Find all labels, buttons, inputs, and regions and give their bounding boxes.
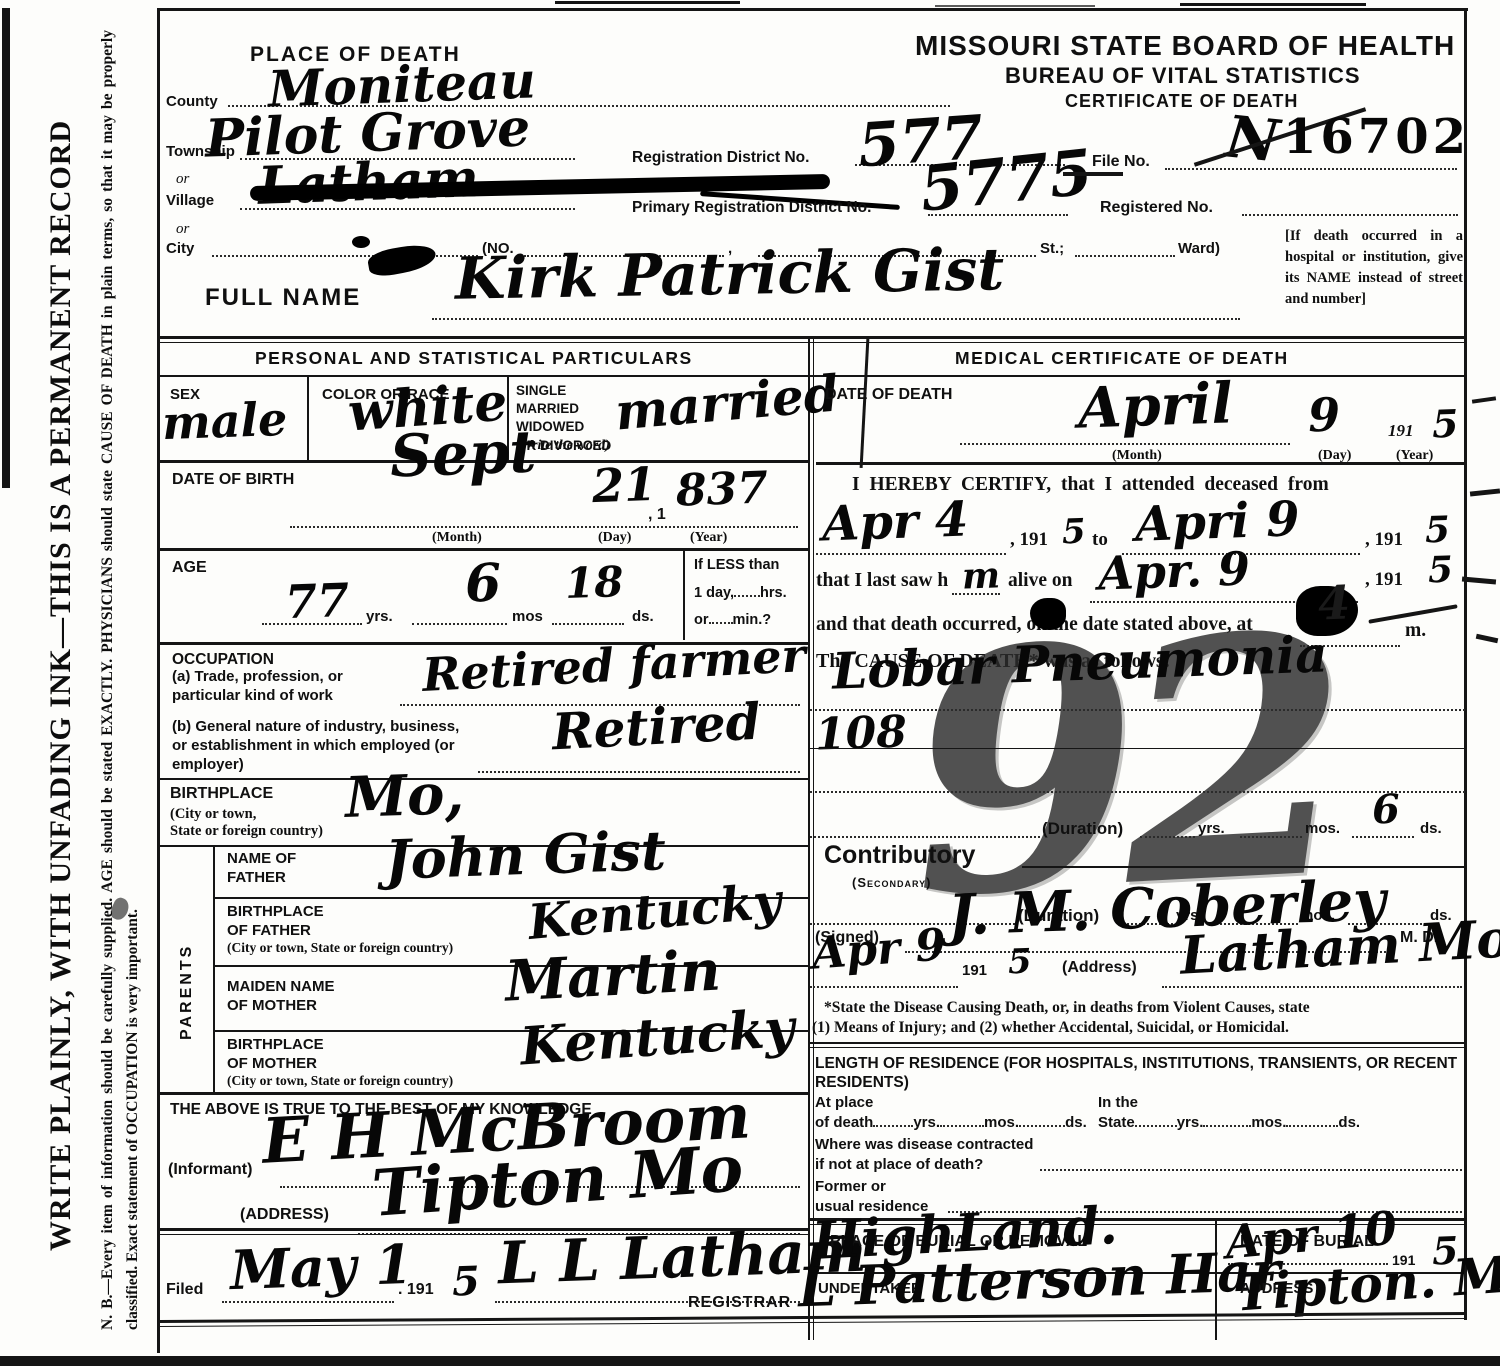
informant-label: (Informant) xyxy=(168,1160,252,1180)
from-year-value: 5 xyxy=(1061,515,1086,550)
rule-under-occupation xyxy=(157,778,809,780)
mother-bp-value: Kentucky xyxy=(519,1002,797,1073)
parents-inner-divider xyxy=(213,845,215,1093)
mother-name-value: Martin xyxy=(504,942,722,1009)
village-label: Village xyxy=(166,192,214,211)
dod-day: 9 xyxy=(1307,391,1341,438)
filed-year-value: 5 xyxy=(451,1262,480,1303)
birthplace-sub1: (City or town, xyxy=(170,806,256,823)
duration1-line xyxy=(810,835,1040,838)
filed-year-printed: . 191 xyxy=(398,1280,434,1300)
filed-label: Filed xyxy=(166,1280,203,1300)
duration1-days-value: 6 xyxy=(1371,790,1400,831)
rule-under-footnote-2 xyxy=(810,1047,1466,1048)
board-title-line1: MISSOURI STATE BOARD OF HEALTH xyxy=(915,28,1455,63)
age-months: 6 xyxy=(464,557,502,610)
address-label: (Address) xyxy=(1062,958,1137,978)
contracted-answer-line xyxy=(1040,1168,1462,1171)
stray-dash-1 xyxy=(1472,396,1496,403)
scan-bottom-bar xyxy=(0,1356,1500,1366)
dob-year-caption: (Year) xyxy=(690,530,727,546)
age-days: 18 xyxy=(564,561,624,605)
cause-line-2 xyxy=(810,748,1466,749)
ap-yrs: yrs. xyxy=(913,1114,940,1131)
sex-race-divider xyxy=(307,377,309,460)
form-border-right xyxy=(1464,8,1467,1320)
ward-line xyxy=(1075,254,1175,257)
dob-line xyxy=(290,525,798,528)
death-certificate-scan: WRITE PLAINLY, WITH UNFADING INK—THIS IS… xyxy=(0,0,1500,1366)
city-label: City xyxy=(166,240,194,259)
from-191: 191 xyxy=(1020,529,1049,550)
duration1-mos-line xyxy=(1240,835,1302,838)
at-place-row: of deathyrs.mos.ds. xyxy=(815,1113,1087,1133)
undertaker-signature: L Patterson Har xyxy=(797,1244,1281,1315)
signed-address-value: Latham Mo xyxy=(1179,913,1500,982)
board-title-line2: BUREAU OF VITAL STATISTICS xyxy=(1005,62,1361,90)
saw-191: 191 xyxy=(1375,569,1404,590)
ap-ds-leader xyxy=(1019,1113,1065,1127)
parents-label: PARENTS xyxy=(178,900,196,1040)
st-ds: ds. xyxy=(1338,1114,1360,1131)
father-bp-label: BIRTHPLACE OF FATHER xyxy=(227,903,324,941)
in-state-label2: State xyxy=(1098,1114,1135,1131)
residence-title: LENGTH OF RESIDENCE (For Hospitals, Inst… xyxy=(815,1054,1463,1093)
section-top-rule xyxy=(157,336,1467,339)
former-line1: Former or xyxy=(815,1178,886,1197)
duration1-ds-line xyxy=(1352,835,1414,838)
file-no-value: 16702 xyxy=(1283,113,1470,161)
ward-label: Ward) xyxy=(1178,240,1220,259)
scan-edge-bar xyxy=(2,8,10,488)
ap-mos: mos. xyxy=(984,1114,1019,1131)
marital-value: married xyxy=(613,368,840,437)
contracted-line1: Where was disease contracted xyxy=(815,1136,1033,1155)
age-years: 77 xyxy=(284,577,350,625)
dob-day: 21 xyxy=(591,461,657,509)
age-less-2a: 1 day, xyxy=(694,585,734,601)
age-less-line2: 1 day,hrs. xyxy=(694,583,787,602)
father-bp-value: Kentucky xyxy=(526,877,783,947)
contracted-line2: if not at place of death? xyxy=(815,1156,983,1175)
occupation-label: OCCUPATION xyxy=(172,650,274,669)
ap-mos-leader xyxy=(940,1113,984,1127)
stray-dash-4 xyxy=(1476,634,1499,643)
stray-top-line-3 xyxy=(1180,3,1366,6)
age-ds-label: ds. xyxy=(632,608,654,627)
rule-under-footnote xyxy=(810,1042,1466,1044)
age-label: AGE xyxy=(172,558,207,578)
duration1-mos: mos. xyxy=(1305,820,1340,839)
occupation-b-value: Retired xyxy=(551,697,762,758)
file-no-line xyxy=(1165,167,1457,170)
at-place-label2: of death xyxy=(815,1114,873,1131)
age-mos-label: mos xyxy=(512,608,543,627)
primary-reg-label: Primary Registration District No. xyxy=(632,198,871,217)
rule-under-dod xyxy=(816,462,1466,465)
or-1: or xyxy=(176,170,189,189)
or-2: or xyxy=(176,220,189,239)
at-place-label1: At place xyxy=(815,1094,873,1113)
mother-bp-label: BIRTHPLACE OF MOTHER xyxy=(227,1036,324,1074)
center-divider xyxy=(808,336,810,1340)
stray-top-line-1 xyxy=(555,1,740,4)
cause-line-1 xyxy=(810,708,1465,711)
dod-month: April xyxy=(1077,375,1234,436)
footnote-line2: (1) Means of Injury; and (2) whether Acc… xyxy=(812,1018,1289,1038)
dob-month: Sept xyxy=(389,422,537,485)
duration1-yrs: yrs. xyxy=(1198,820,1225,839)
margin-warning-text: WRITE PLAINLY, WITH UNFADING INK—THIS IS… xyxy=(44,25,78,1345)
primary-reg-value: 5775 xyxy=(917,141,1095,221)
medical-section-title: MEDICAL CERTIFICATE OF DEATH xyxy=(955,348,1289,370)
st-mos: mos. xyxy=(1251,1114,1286,1131)
dob-day-caption: (Day) xyxy=(598,530,631,546)
age-less-line3: ormin.? xyxy=(694,610,771,629)
full-name-label: FULL NAME xyxy=(205,283,361,313)
margin-nb-note: N. B.—Every item of information should b… xyxy=(96,30,148,1330)
stray-top-line-2 xyxy=(935,5,1095,7)
father-name-value: John Gist xyxy=(384,823,667,887)
attended-to-value: Apri 9 xyxy=(1134,495,1300,549)
signed-date-line xyxy=(810,985,958,988)
age-less-3a: or xyxy=(694,612,709,628)
birthplace-sub2: State or foreign country) xyxy=(170,823,323,840)
dod-line xyxy=(960,442,1290,445)
birthplace-value: Mo, xyxy=(344,766,465,826)
section-top-rule-2 xyxy=(157,342,1467,343)
duration1-label: (Duration) xyxy=(1042,818,1123,839)
form-border-top xyxy=(157,8,1468,11)
to-year-printed: , 191 xyxy=(1365,528,1403,553)
full-name-value: Kirk Patrick Gist xyxy=(455,240,1005,308)
birthplace-label: BIRTHPLACE xyxy=(170,784,273,804)
filed-date-value: May 1 xyxy=(229,1237,413,1297)
center-divider-2 xyxy=(813,336,814,1340)
hospital-note: [If death occurred in a hospital or inst… xyxy=(1285,226,1463,310)
ap-ds: ds. xyxy=(1065,1114,1087,1131)
form-border-left xyxy=(157,8,160,1353)
file-no-label: File No. xyxy=(1092,152,1150,172)
dob-year: 837 xyxy=(675,466,768,513)
ap-yrs-leader xyxy=(873,1113,913,1127)
st-ds-leader xyxy=(1286,1113,1338,1127)
mother-bp-sub: (City or town, State or foreign country) xyxy=(227,1073,453,1089)
registered-no-line xyxy=(1242,213,1458,216)
age-mos-line xyxy=(412,622,507,625)
contributory-label: Contributory xyxy=(824,840,975,871)
father-name-label: NAME OF FATHER xyxy=(227,850,296,888)
age-subbox-divider xyxy=(683,550,685,640)
primary-reg-dash xyxy=(1063,172,1123,176)
sex-value: male xyxy=(161,396,288,446)
st-yrs: yrs. xyxy=(1177,1114,1204,1131)
duration1-ds: ds. xyxy=(1420,820,1442,839)
dob-year-printed: , 1 xyxy=(648,505,666,525)
from-year-printed: , 191 xyxy=(1010,528,1048,553)
ink-blot-fullname xyxy=(366,241,437,278)
occupation-b-line xyxy=(478,770,800,773)
city-line xyxy=(212,254,478,257)
st-label: St.; xyxy=(1040,240,1064,259)
reg-district-label: Registration District No. xyxy=(632,148,809,167)
age-less-3b: min.? xyxy=(733,612,772,628)
dod-year: 5 xyxy=(1431,405,1459,444)
age-hrs-leader xyxy=(734,583,760,597)
registrar-label: REGISTRAR xyxy=(688,1293,791,1313)
to-191: 191 xyxy=(1375,529,1404,550)
age-less-line1: If LESS than xyxy=(694,556,779,574)
father-bp-sub: (City or town, State or foreign country) xyxy=(227,940,453,956)
signed-year-printed: 191 xyxy=(962,962,987,981)
age-less-2b: hrs. xyxy=(760,585,787,601)
ink-blot-fullname-2 xyxy=(352,236,370,248)
st-mos-leader xyxy=(1203,1113,1251,1127)
dob-label: DATE OF BIRTH xyxy=(172,470,294,490)
dob-month-caption: (Month) xyxy=(432,530,482,546)
to-year-value: 5 xyxy=(1424,512,1450,549)
cause-code: 108 xyxy=(814,710,907,757)
secondary-label: (Secondary) xyxy=(852,875,932,891)
dod-year-printed: 191 xyxy=(1388,420,1414,442)
registered-no-label: Registered No. xyxy=(1100,198,1213,218)
footnote-line1: *State the Disease Causing Death, or, in… xyxy=(824,998,1310,1018)
st-yrs-leader xyxy=(1135,1113,1177,1127)
age-min-leader xyxy=(709,610,733,624)
signed-date-value: Apr 9 xyxy=(811,923,948,976)
rule-under-dob xyxy=(157,548,809,551)
mother-name-label: MAIDEN NAME OF MOTHER xyxy=(227,978,335,1016)
stray-dash-2 xyxy=(1470,488,1500,496)
signed-year-value: 5 xyxy=(1007,945,1032,980)
in-state-row: Stateyrs.mos.ds. xyxy=(1098,1113,1360,1133)
in-state-label1: In the xyxy=(1098,1094,1138,1113)
full-name-line xyxy=(432,317,1240,320)
age-yrs-label: yrs. xyxy=(366,608,393,627)
age-ds-line xyxy=(552,622,624,625)
duration1-yrs-line xyxy=(1140,835,1195,838)
personal-section-title: PERSONAL AND STATISTICAL PARTICULARS xyxy=(255,348,693,370)
last-saw-year-printed: , 191 xyxy=(1365,568,1403,593)
occupation-a-label: (a) Trade, profession, or particular kin… xyxy=(172,668,402,706)
cause-line-3 xyxy=(810,790,1465,793)
contributory-line xyxy=(1022,866,1465,868)
signed-address-line xyxy=(1162,985,1462,988)
informant-address-label: (ADDRESS) xyxy=(240,1205,329,1225)
attended-from-value: Apr 4 xyxy=(821,495,969,548)
occurred-m-label: m. xyxy=(1405,618,1426,643)
last-saw-year: 5 xyxy=(1427,552,1453,589)
dod-label: DATE OF DEATH xyxy=(825,385,952,405)
